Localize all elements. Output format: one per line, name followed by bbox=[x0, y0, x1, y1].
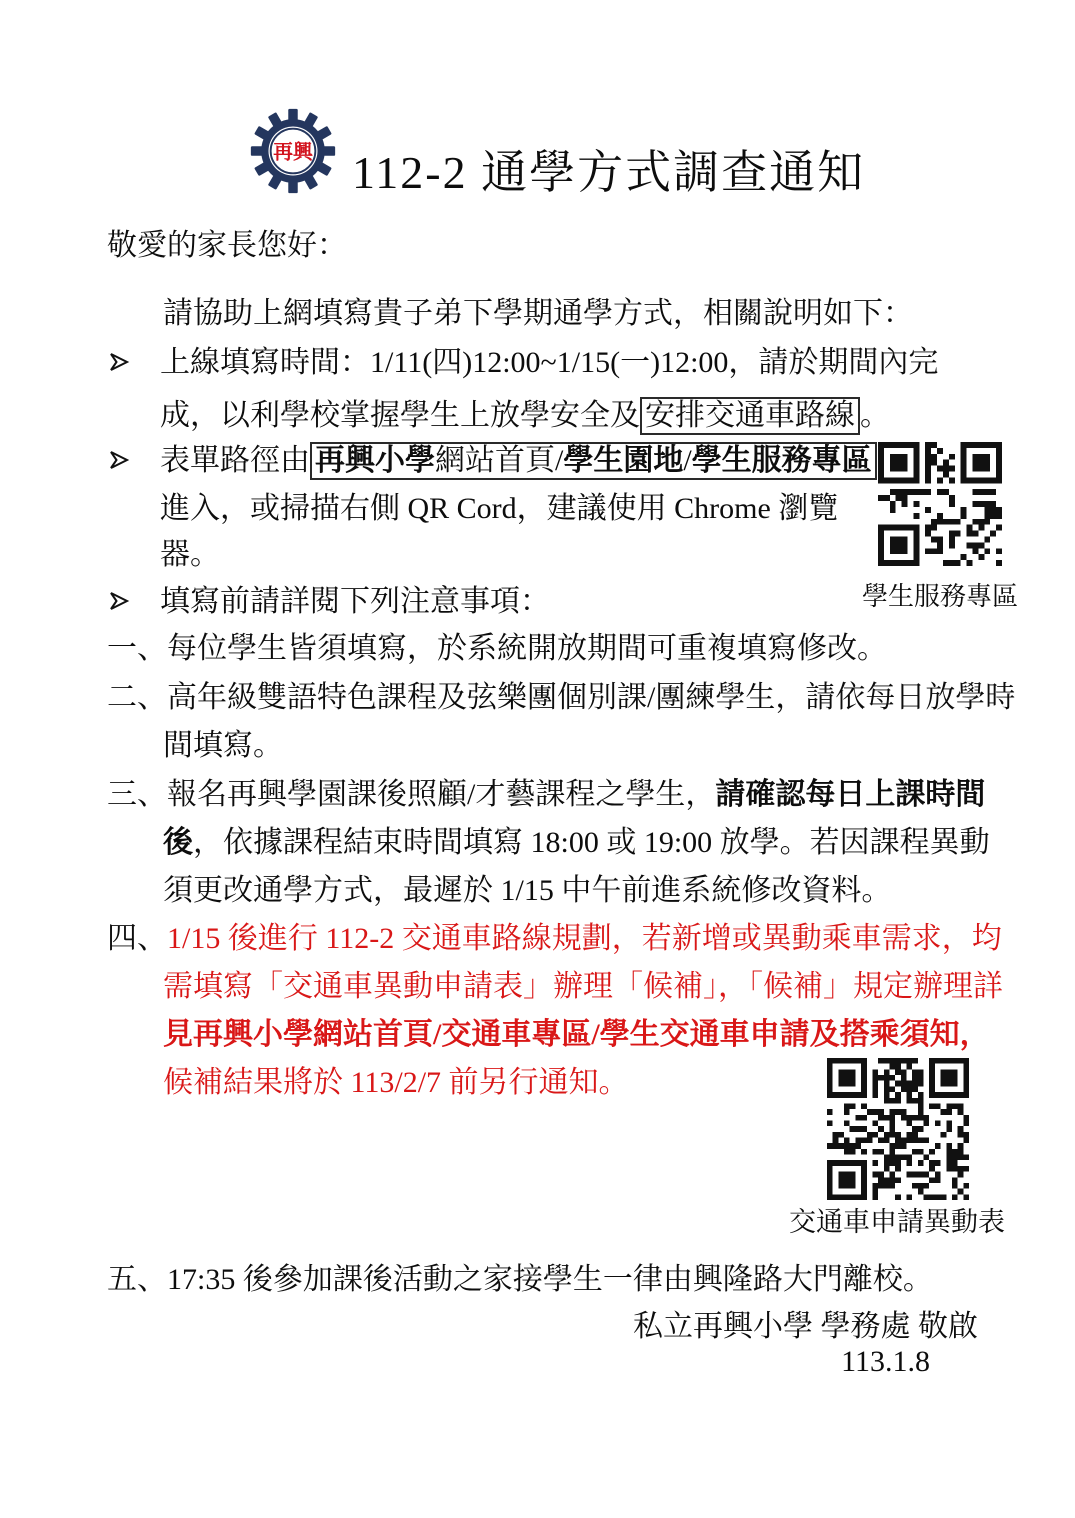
qr-image bbox=[827, 1058, 969, 1200]
text-segment: 候補結果將於 113/2/7 前另行通知。 bbox=[163, 1066, 629, 1099]
qr-image bbox=[878, 442, 1002, 566]
qr-caption-bus-change-form: 交通車申請異動表 bbox=[789, 1200, 1005, 1239]
item-3-line-2: 後，依據課程結束時間填寫 18:00 或 19:00 放學。若因課程異動 bbox=[163, 823, 990, 864]
text-segment: 1/15 後進行 112-2 交通車路線規劃，若新增或異動乘車需求，均 bbox=[167, 922, 1002, 955]
text-segment: 五、17:35 後參加課後活動之家接學生一律由興隆路大門離校。 bbox=[107, 1263, 933, 1296]
qr-caption-student-service: 學生服務專區 bbox=[862, 576, 1018, 613]
text-segment: 安排交通車路線 bbox=[645, 399, 855, 432]
logo-text: 再興 bbox=[273, 140, 314, 163]
text-segment: 見 bbox=[163, 1018, 193, 1051]
notice-title: 112-2 通學方式調查通知 bbox=[352, 136, 865, 202]
notice-page: 再興 112-2 通學方式調查通知 敬愛的家長您好： 請協助上網填寫貴子弟下學期… bbox=[0, 0, 1075, 1518]
item-2-line-1: 二、高年級雙語特色課程及弦樂團個別課/團練學生，請依每日放學時 bbox=[107, 678, 1015, 719]
text-segment: 後 bbox=[163, 826, 193, 859]
text-segment: 學生服務專區 bbox=[692, 444, 872, 477]
bullet-2-line-1: 表單路徑由再興小學網站首頁/學生園地/學生服務專區 bbox=[108, 441, 877, 482]
text-segment: 成，以利學校掌握學生上放學安全及 bbox=[160, 399, 640, 432]
text-segment: 須更改通學方式，最遲於 1/15 中午前進系統修改資料。 bbox=[163, 874, 891, 907]
text-segment: 再興小學網站首頁/交通車專區/學生交通車申請及搭乘須知 bbox=[193, 1018, 960, 1051]
item-2-line-2: 間填寫。 bbox=[163, 726, 283, 767]
bullet-2-line-2: 進入，或掃描右側 QR Cord，建議使用 Chrome 瀏覽 bbox=[160, 489, 838, 530]
bullet-2-line-3: 器。 bbox=[160, 535, 220, 576]
text-segment: 。 bbox=[860, 399, 890, 432]
text-segment: 請確認每日上課時間 bbox=[715, 778, 985, 811]
text-segment: ，依據課程結束時間填寫 18:00 或 19:00 放學。若因課程異動 bbox=[193, 826, 990, 859]
text-segment: 填寫前請詳閱下列注意事項： bbox=[160, 585, 550, 618]
text-segment: / bbox=[683, 444, 691, 477]
qr-code-bus-change-form bbox=[827, 1058, 969, 1200]
item-1: 一、每位學生皆須填寫，於系統開放期間可重複填寫修改。 bbox=[107, 629, 887, 670]
arrow-bullet-icon bbox=[108, 343, 160, 384]
item-5: 五、17:35 後參加課後活動之家接學生一律由興隆路大門離校。 bbox=[107, 1260, 933, 1301]
text-segment: 需填寫「交通車異動申請表」辦理「候補」，「候補」規定辦理詳 bbox=[163, 970, 1003, 1003]
item-3-line-1: 三、報名再興學園課後照顧/才藝課程之學生，請確認每日上課時間 bbox=[107, 775, 985, 816]
boxed-text: 再興小學網站首頁/學生園地/學生服務專區 bbox=[310, 442, 877, 480]
text-segment: 四、 bbox=[107, 922, 167, 955]
signature-date: 113.1.8 bbox=[841, 1345, 930, 1379]
text-segment: 器。 bbox=[160, 538, 220, 571]
item-4-line-1: 四、1/15 後進行 112-2 交通車路線規劃，若新增或異動乘車需求，均 bbox=[107, 919, 1002, 960]
bullet-1-line-2: 成，以利學校掌握學生上放學安全及安排交通車路線。 bbox=[160, 396, 890, 437]
arrow-bullet-icon bbox=[108, 441, 160, 482]
greeting-line: 敬愛的家長您好： bbox=[107, 220, 347, 264]
school-logo: 再興 bbox=[250, 108, 336, 194]
text-segment: 請協助上網填寫貴子弟下學期通學方式，相關說明如下： bbox=[163, 297, 913, 330]
text-segment: 網站首頁/ bbox=[435, 444, 563, 477]
boxed-text: 安排交通車路線 bbox=[640, 397, 860, 435]
text-segment: 表單路徑由 bbox=[160, 444, 310, 477]
bullet-1-line-1: 上線填寫時間：1/11(四)12:00~1/15(一)12:00，請於期間內完 bbox=[108, 343, 938, 384]
qr-code-student-service bbox=[878, 442, 1002, 566]
text-segment: 二、高年級雙語特色課程及弦樂團個別課/團練學生，請依每日放學時 bbox=[107, 681, 1015, 714]
item-4-line-4: 候補結果將於 113/2/7 前另行通知。 bbox=[163, 1063, 629, 1104]
text-segment: 一、每位學生皆須填寫，於系統開放期間可重複填寫修改。 bbox=[107, 632, 887, 665]
item-3-line-3: 須更改通學方式，最遲於 1/15 中午前進系統修改資料。 bbox=[163, 871, 891, 912]
text-segment: 學生園地 bbox=[563, 444, 683, 477]
arrow-bullet-icon bbox=[108, 582, 160, 623]
text-segment: ， bbox=[960, 1018, 990, 1051]
signature-line: 私立再興小學 學務處 敬啟 bbox=[633, 1301, 978, 1345]
text-segment: 再興小學 bbox=[315, 444, 435, 477]
intro-line: 請協助上網填寫貴子弟下學期通學方式，相關說明如下： bbox=[163, 294, 913, 335]
text-segment: 上線填寫時間：1/11(四)12:00~1/15(一)12:00，請於期間內完 bbox=[160, 346, 938, 379]
gear-icon: 再興 bbox=[250, 108, 336, 194]
text-segment: 三、報名再興學園課後照顧/才藝課程之學生， bbox=[107, 778, 715, 811]
text-segment: 間填寫。 bbox=[163, 729, 283, 762]
bullet-3-line-1: 填寫前請詳閱下列注意事項： bbox=[108, 582, 550, 623]
item-4-line-3: 見再興小學網站首頁/交通車專區/學生交通車申請及搭乘須知， bbox=[163, 1015, 990, 1056]
item-4-line-2: 需填寫「交通車異動申請表」辦理「候補」，「候補」規定辦理詳 bbox=[163, 967, 1003, 1008]
text-segment: 進入，或掃描右側 QR Cord，建議使用 Chrome 瀏覽 bbox=[160, 492, 838, 525]
